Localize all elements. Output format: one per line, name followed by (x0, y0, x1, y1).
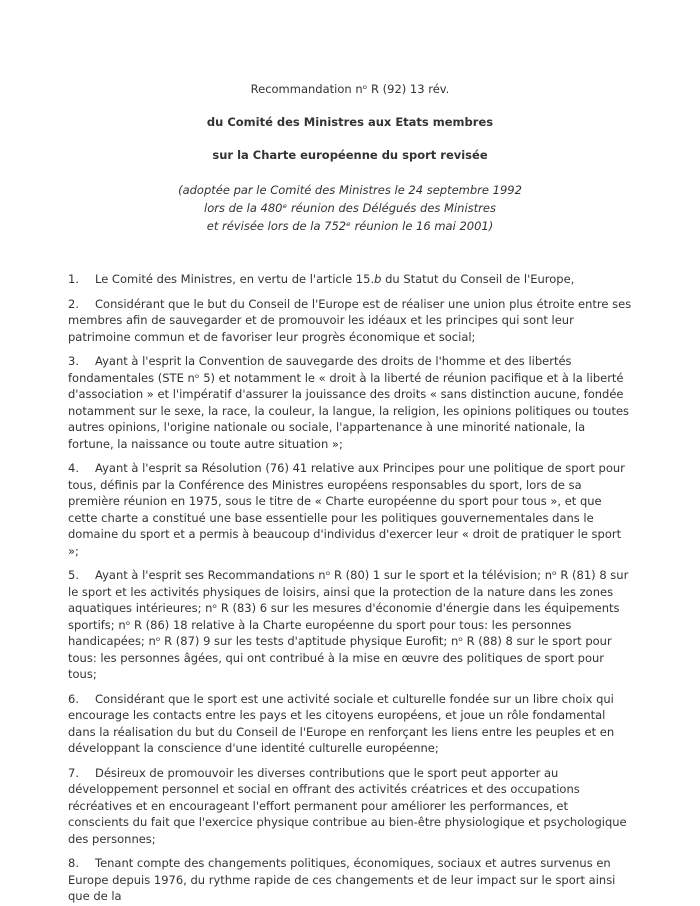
paragraph-text: Considérant que le but du Conseil de l'E… (68, 297, 631, 344)
adoption-note: (adoptée par le Comité des Ministres le … (68, 181, 632, 235)
document-subtitle-charter: sur la Charte européenne du sport revisé… (68, 148, 632, 163)
paragraph-6: 6.Considérant que le sport est une activ… (68, 691, 632, 757)
adoption-line-2: lors de la 480ᵉ réunion des Délégués des… (204, 201, 496, 215)
paragraph-number: 6. (68, 691, 95, 708)
document-title: Recommandation nᵒ R (92) 13 rév. (68, 82, 632, 97)
paragraph-text: Considérant que le sport est une activit… (68, 692, 614, 756)
document-header: Recommandation nᵒ R (92) 13 rév. du Comi… (68, 82, 632, 235)
paragraph-7: 7.Désireux de promouvoir les diverses co… (68, 765, 632, 848)
paragraph-number: 8. (68, 855, 95, 872)
adoption-line-3: et révisée lors de la 752ᵉ réunion le 16… (207, 219, 493, 233)
paragraph-8: 8.Tenant compte des changements politiqu… (68, 855, 632, 905)
paragraph-text: Le Comité des Ministres, en vertu de l'a… (95, 272, 374, 286)
paragraph-text: Ayant à l'esprit la Convention de sauveg… (68, 354, 629, 451)
paragraph-text: Ayant à l'esprit ses Recommandations nᵒ … (68, 568, 628, 681)
paragraph-text: Tenant compte des changements politiques… (68, 856, 615, 903)
adoption-line-1: (adoptée par le Comité des Ministres le … (178, 183, 522, 197)
paragraph-1: 1.Le Comité des Ministres, en vertu de l… (68, 271, 632, 288)
paragraph-number: 7. (68, 765, 95, 782)
document-body: 1.Le Comité des Ministres, en vertu de l… (68, 271, 632, 905)
paragraph-4: 4.Ayant à l'esprit sa Résolution (76) 41… (68, 460, 632, 559)
paragraph-text: Ayant à l'esprit sa Résolution (76) 41 r… (68, 461, 625, 558)
paragraph-number: 3. (68, 353, 95, 370)
paragraph-text: Désireux de promouvoir les diverses cont… (68, 766, 627, 846)
paragraph-text: du Statut du Conseil de l'Europe, (381, 272, 574, 286)
paragraph-number: 1. (68, 271, 95, 288)
document-subtitle-committee: du Comité des Ministres aux Etats membre… (68, 115, 632, 130)
paragraph-3: 3.Ayant à l'esprit la Convention de sauv… (68, 353, 632, 452)
paragraph-number: 2. (68, 296, 95, 313)
document-page: Recommandation nᵒ R (92) 13 rév. du Comi… (0, 0, 700, 906)
paragraph-5: 5.Ayant à l'esprit ses Recommandations n… (68, 567, 632, 683)
paragraph-number: 5. (68, 567, 95, 584)
paragraph-number: 4. (68, 460, 95, 477)
paragraph-2: 2.Considérant que le but du Conseil de l… (68, 296, 632, 346)
